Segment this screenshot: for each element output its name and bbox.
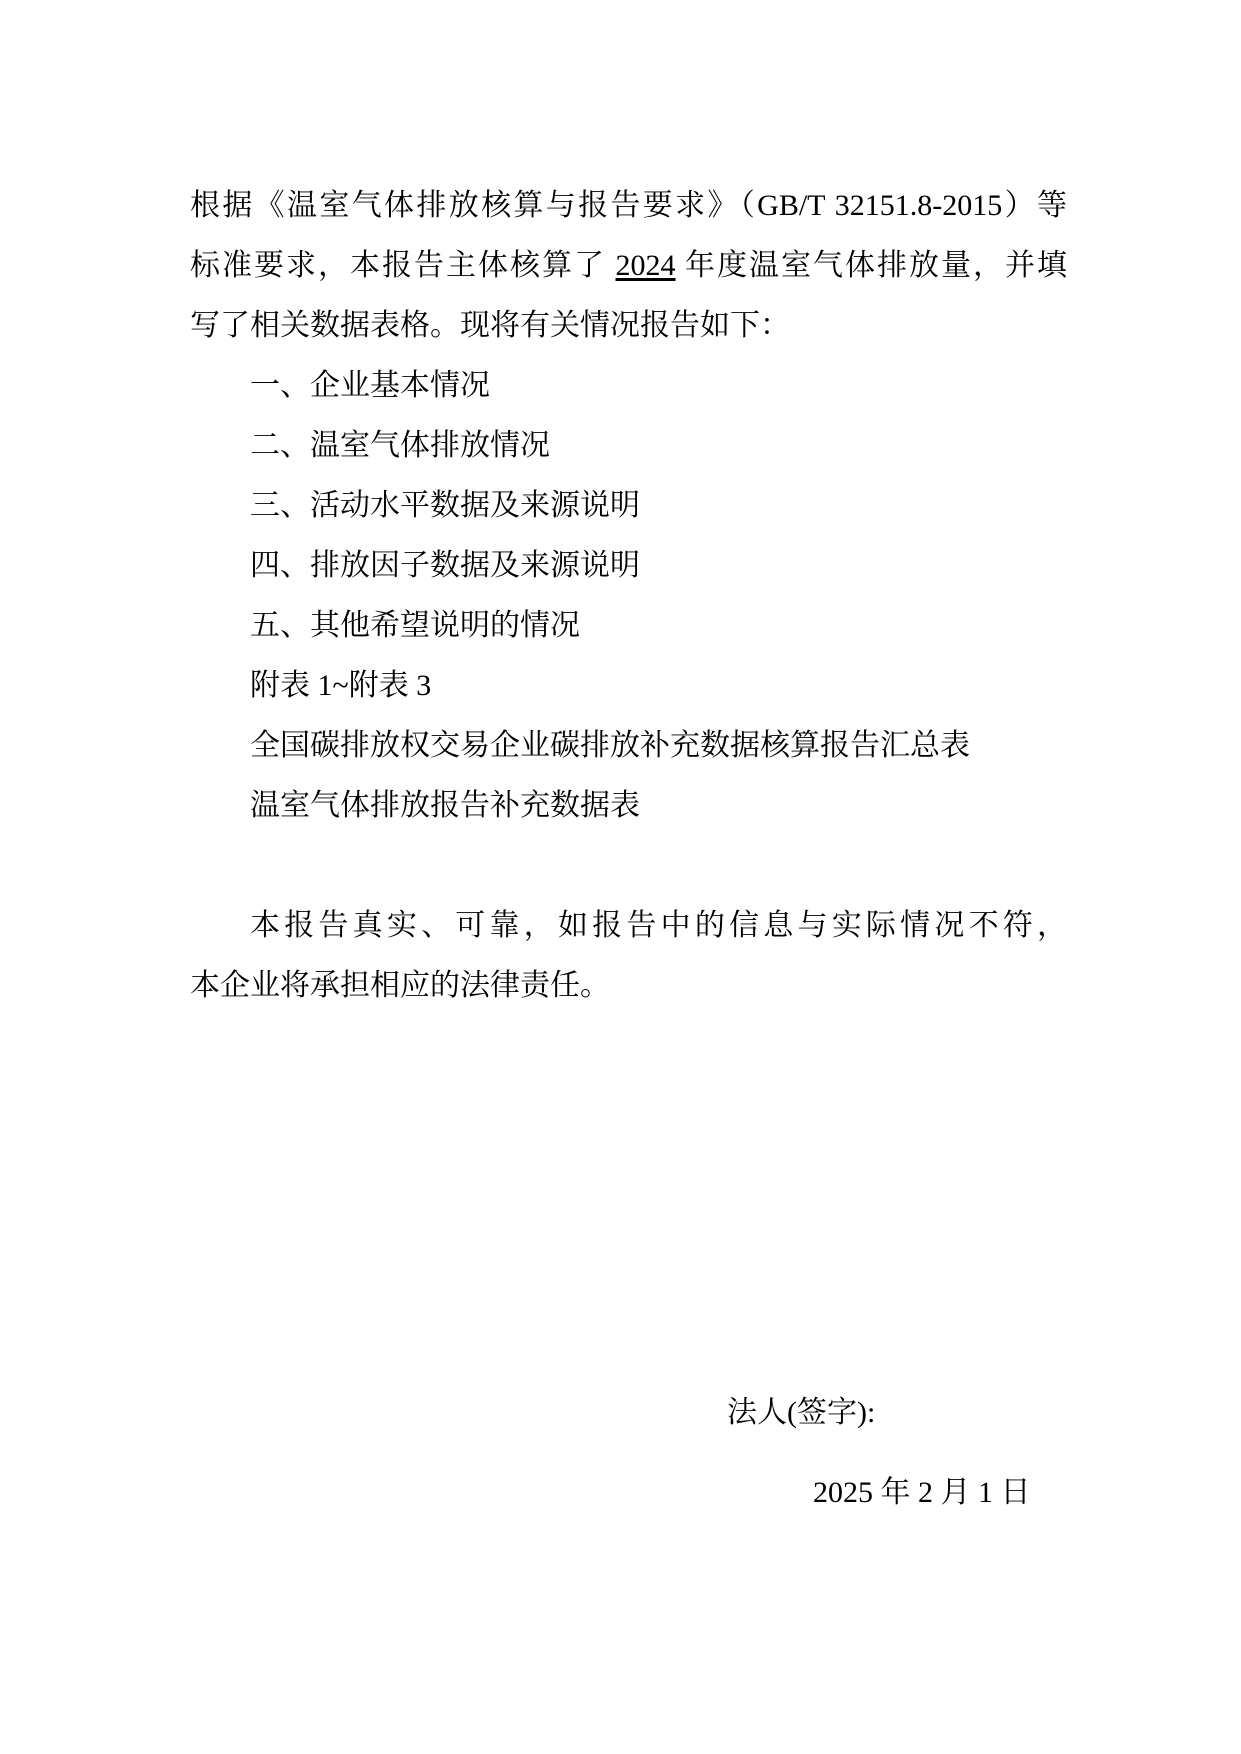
intro-line-2-after-year: 年度温室气体排放量，并填 bbox=[676, 249, 1068, 282]
toc-item-4-emission-factor-source: 四、排放因子数据及来源说明 bbox=[190, 536, 1067, 596]
report-year-underlined: 2024 bbox=[616, 249, 676, 282]
declaration-line-1: 本报告真实、可靠，如报告中的信息与实际情况不符， bbox=[190, 896, 1067, 956]
intro-paragraph-line-3: 写了相关数据表格。现将有关情况报告如下： bbox=[190, 296, 1067, 356]
intro-paragraph-line-1: 根据《温室气体排放核算与报告要求》（GB/T 32151.8-2015）等 bbox=[190, 176, 1067, 236]
report-body: 根据《温室气体排放核算与报告要求》（GB/T 32151.8-2015）等 标准… bbox=[190, 176, 1067, 1016]
supplementary-data-table-title: 温室气体排放报告补充数据表 bbox=[190, 776, 1067, 836]
toc-item-3-activity-data-source: 三、活动水平数据及来源说明 bbox=[190, 476, 1067, 536]
intro-line-2-before-year: 标准要求，本报告主体核算了 bbox=[190, 249, 616, 282]
declaration-line-2: 本企业将承担相应的法律责任。 bbox=[190, 956, 1067, 1016]
national-carbon-summary-table-title: 全国碳排放权交易企业碳排放补充数据核算报告汇总表 bbox=[190, 716, 1067, 776]
toc-item-1-company-basic-info: 一、企业基本情况 bbox=[190, 356, 1067, 416]
legal-person-signature-label: 法人(签字): bbox=[727, 1383, 875, 1443]
document-page: 根据《温室气体排放核算与报告要求》（GB/T 32151.8-2015）等 标准… bbox=[0, 0, 1241, 1754]
intro-paragraph-line-2: 标准要求，本报告主体核算了 2024 年度温室气体排放量，并填 bbox=[190, 236, 1067, 296]
report-date: 2025 年 2 月 1 日 bbox=[813, 1463, 1031, 1523]
annex-tables-range: 附表 1~附表 3 bbox=[190, 656, 1067, 716]
toc-item-5-other-notes: 五、其他希望说明的情况 bbox=[190, 596, 1067, 656]
blank-line bbox=[190, 836, 1067, 896]
toc-item-2-ghg-emission-status: 二、温室气体排放情况 bbox=[190, 416, 1067, 476]
